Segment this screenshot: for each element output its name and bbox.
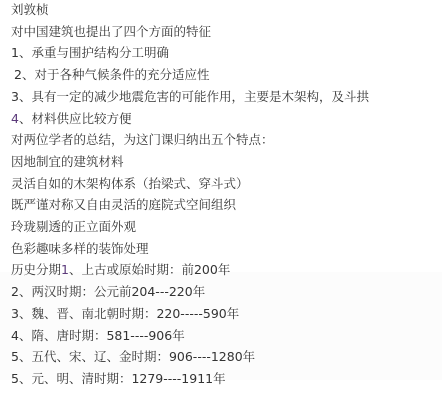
list-item: 3、具有一定的减少地震危害的可能作用，主要是木架构，及斗拱 bbox=[11, 87, 369, 107]
text-line: 对中国建筑也提出了四个方面的特征 bbox=[11, 22, 211, 42]
list-item: 4、材料供应比较方便 bbox=[11, 109, 131, 129]
feature-line: 因地制宜的建筑材料 bbox=[11, 152, 124, 172]
document-page: 刘敦桢 对中国建筑也提出了四个方面的特征 1、承重与围护结构分工明确 2、对于各… bbox=[0, 0, 442, 400]
history-line: 2、两汉时期：公元前204---220年 bbox=[11, 282, 205, 302]
feature-line: 灵活自如的木架构体系（抬梁式、穿斗式） bbox=[11, 174, 249, 194]
feature-line: 色彩趣味多样的装饰处理 bbox=[11, 239, 149, 259]
history-prefix: 历史分期 bbox=[11, 262, 61, 277]
feature-line: 既严谨对称又自由灵活的庭院式空间组织 bbox=[11, 195, 236, 215]
history-number: 1 bbox=[61, 262, 69, 277]
author-name: 刘敦桢 bbox=[11, 0, 49, 20]
list-number: 4 bbox=[11, 111, 19, 126]
history-text: 、上古或原始时期：前200年 bbox=[69, 262, 230, 277]
history-line: 4、隋、唐时期：581----906年 bbox=[11, 326, 185, 346]
text-line: 对两位学者的总结，为这门课归纳出五个特点： bbox=[11, 130, 274, 150]
history-line: 5、五代、宋、辽、金时期：906----1280年 bbox=[11, 347, 255, 367]
feature-line: 玲珑剔透的正立面外观 bbox=[11, 217, 136, 237]
list-item: 1、承重与围护结构分工明确 bbox=[11, 43, 169, 63]
history-line: 3、魏、晋、南北朝时期：220-----590年 bbox=[11, 304, 239, 324]
history-line: 5、元、明、清时期：1279----1911年 bbox=[11, 369, 226, 389]
list-item: 2、对于各种气候条件的充分适应性 bbox=[14, 65, 209, 85]
history-line: 历史分期1、上古或原始时期：前200年 bbox=[11, 260, 230, 280]
list-text: 、材料供应比较方便 bbox=[19, 111, 132, 126]
